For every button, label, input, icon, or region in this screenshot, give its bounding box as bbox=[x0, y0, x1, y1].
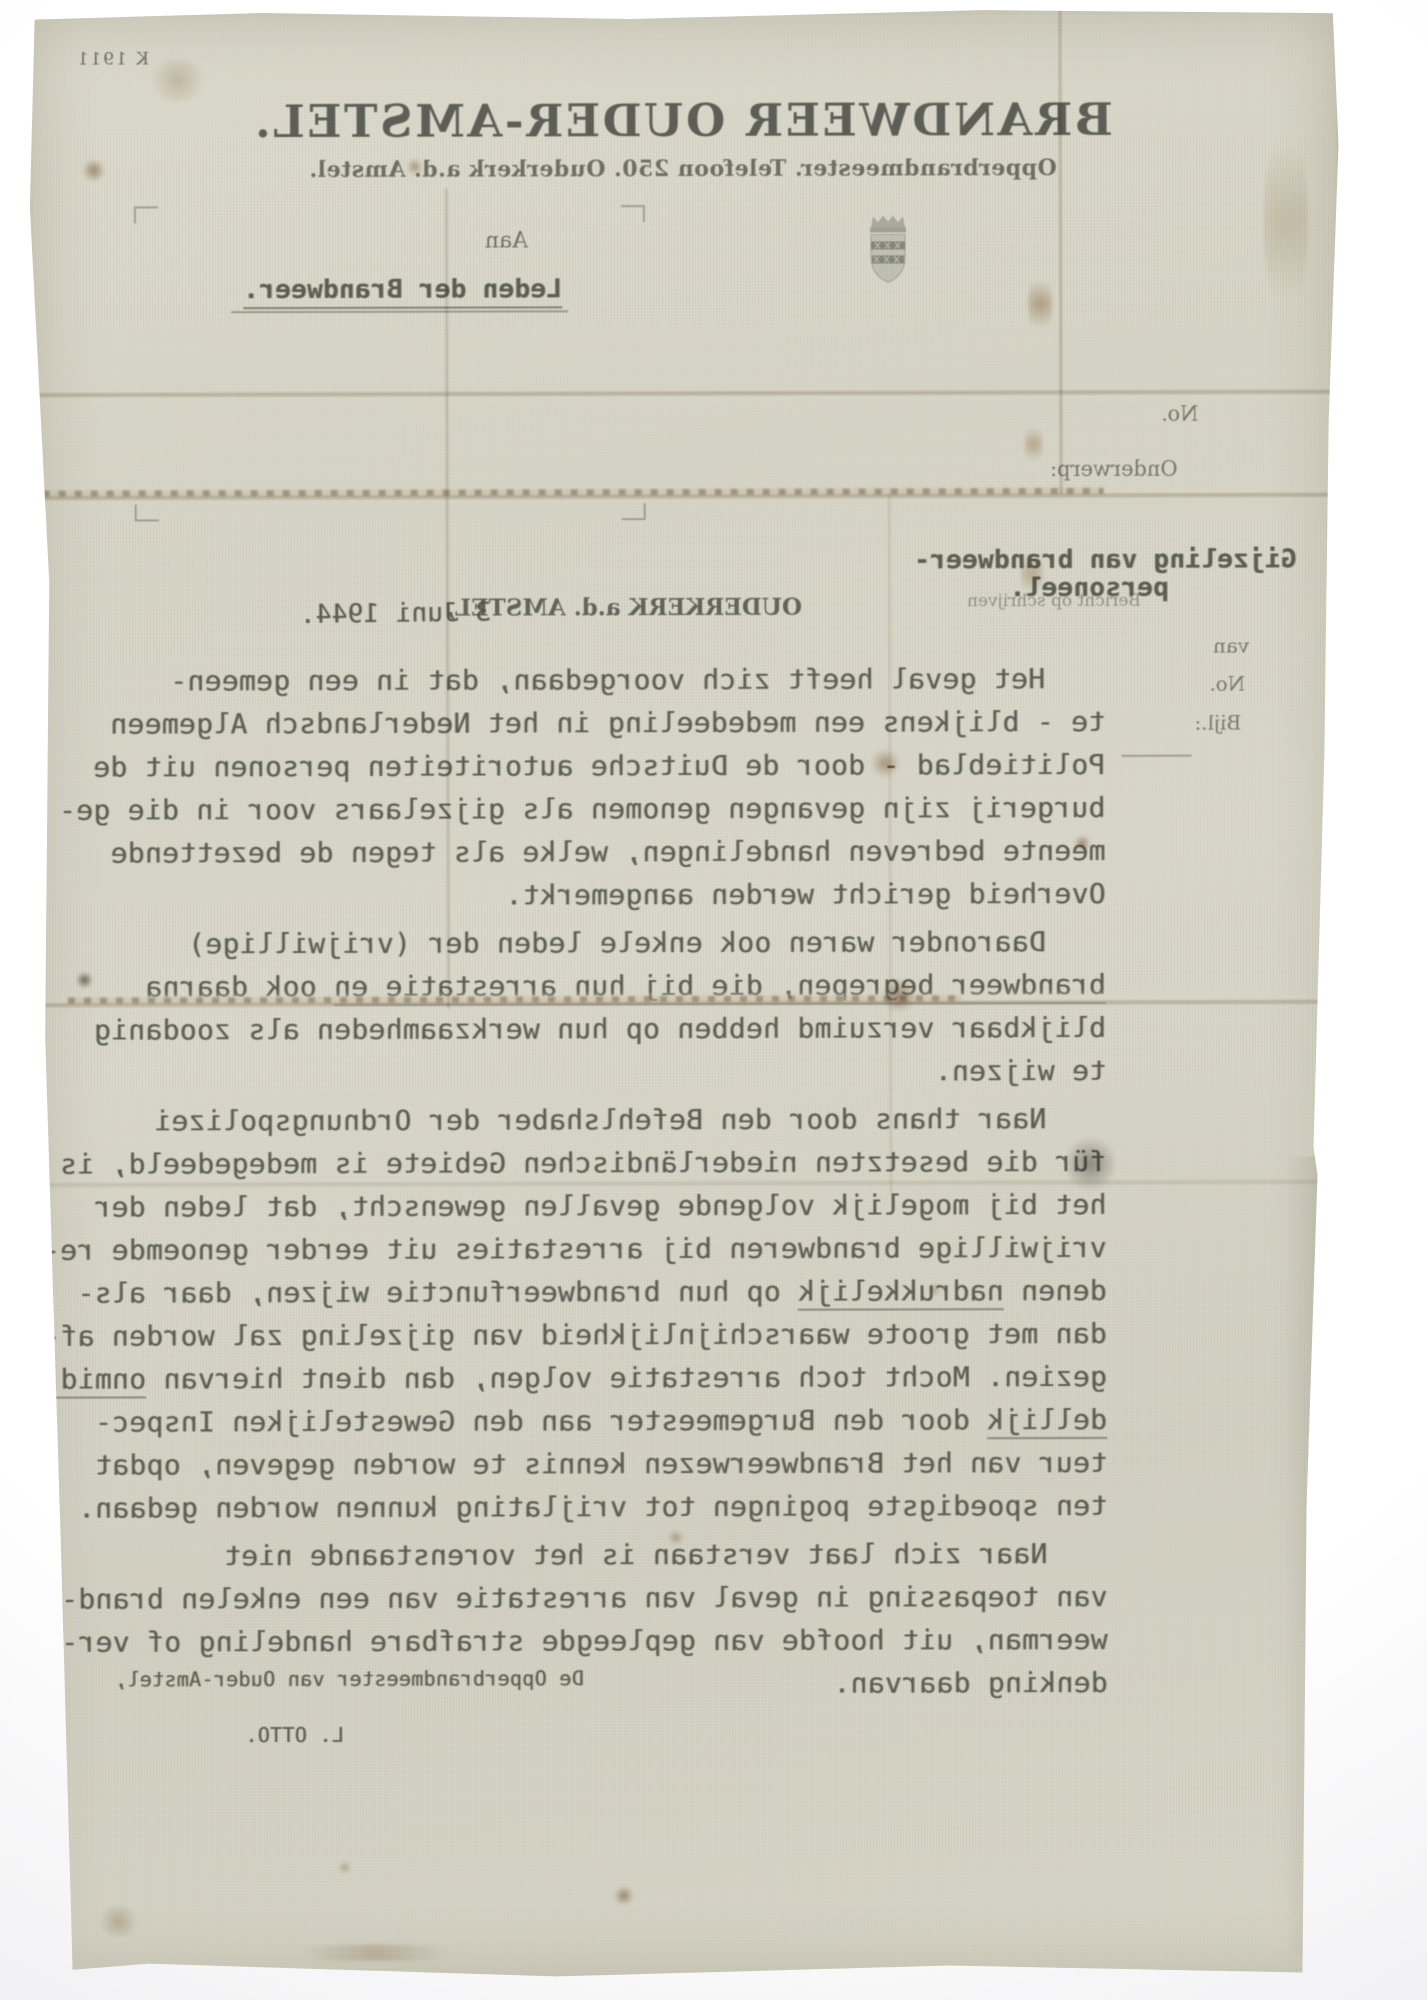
body-line: het bij mogelijk volgende gevallen gewen… bbox=[46, 1183, 1106, 1229]
body-line: te wijzen. bbox=[46, 1049, 1106, 1095]
body-line: Politieblad - door de Duitsche autoritei… bbox=[45, 743, 1105, 789]
dateline-date: 3 Juni 1944. bbox=[299, 598, 491, 631]
body-line: Overheid gericht werden aangemerkt. bbox=[46, 872, 1106, 918]
body-line: für die besetzten niederländischen Gebie… bbox=[46, 1140, 1106, 1186]
closing-sender: De Opperbrandmeester van Ouder-Amstel, bbox=[115, 1666, 584, 1691]
body-line: denen nadrukkelijk op hun brandweerfunct… bbox=[47, 1269, 1107, 1315]
body-line: blijkbaar verzuimd hebben op hun werkzaa… bbox=[46, 1006, 1106, 1052]
body-text-segment: te wijzen. bbox=[935, 1054, 1107, 1087]
print-code: K 1911 bbox=[76, 49, 149, 69]
body-line: vrijwillige brandweren bij arrestaties u… bbox=[47, 1226, 1107, 1272]
body-text-segment: Naar thans door den Befehlshaber der Ord… bbox=[154, 1102, 1046, 1137]
body-text-segment: door den Burgemeester aan den Gewestelij… bbox=[95, 1403, 987, 1438]
body-line: meente bedreven handelingen, welke als t… bbox=[46, 829, 1106, 875]
body-text-segment: Overheid gericht werden aangemerkt. bbox=[505, 877, 1106, 912]
form-label-no: No. bbox=[1161, 402, 1198, 426]
body-paragraph: Daaronder waren ook enkele leden der (vr… bbox=[46, 920, 1106, 1095]
body-text-segment: het bij mogelijk volgende gevallen gewen… bbox=[94, 1188, 1106, 1224]
body-text-segment: Politieblad - door de Duitsche autoritei… bbox=[93, 748, 1105, 784]
address-window-bracket bbox=[622, 503, 646, 520]
body-text-segment: ten spoedigste pogingen tot vrijlating k… bbox=[78, 1489, 1108, 1525]
address-label: Aan bbox=[485, 228, 528, 253]
document-paper: K 1911 BRANDWEER OUDER-AMSTEL. Opperbran… bbox=[25, 6, 1344, 1983]
body-line: ten spoedigste pogingen tot vrijlating k… bbox=[47, 1484, 1107, 1530]
subject-line-1: Gijzeling van brandweer- bbox=[914, 544, 1297, 575]
signature: L. OTTO. bbox=[245, 1723, 344, 1747]
body-line: weerman, uit hoofde van gepleegde strafb… bbox=[48, 1618, 1108, 1664]
address-window-bracket bbox=[134, 206, 158, 223]
body-text-segment: dan met groote waarschijnlijkheid van gi… bbox=[43, 1317, 1107, 1353]
underlined-text: nadrukkelijk bbox=[798, 1274, 1004, 1311]
letterhead-title: BRANDWEER OUDER-AMSTEL. bbox=[252, 93, 1112, 148]
address-window-bracket bbox=[621, 205, 645, 222]
body-line: brandweer begrepen, die bij hun arrestat… bbox=[46, 963, 1106, 1009]
body-line: Naar thans door den Befehlshaber der Ord… bbox=[46, 1097, 1106, 1143]
form-label-bijl: Bijl.: bbox=[1194, 711, 1241, 735]
form-label-no2: No. bbox=[1210, 672, 1246, 696]
body-line: Naar zich laat verstaan is het vorenstaa… bbox=[47, 1532, 1107, 1578]
recipient-line: Leden der Brandweer. bbox=[243, 274, 562, 309]
body-text-segment: Daaronder waren ook enkele leden der (vr… bbox=[188, 925, 1046, 960]
body-text-segment: denen bbox=[1004, 1274, 1107, 1307]
body-text-segment: Naar zich laat verstaan is het vorenstaa… bbox=[224, 1537, 1048, 1572]
dateline-place: OUDERKERK a.d. AMSTEL, bbox=[447, 594, 802, 622]
underlined-text: onmid- bbox=[43, 1362, 146, 1398]
body-line: Daaronder waren ook enkele leden der (vr… bbox=[46, 920, 1106, 966]
photo-background: K 1911 BRANDWEER OUDER-AMSTEL. Opperbran… bbox=[0, 0, 1427, 2000]
address-window-bracket bbox=[135, 504, 159, 521]
body-text-segment: für die besetzten niederländischen Gebie… bbox=[60, 1145, 1107, 1181]
subject-line-2: personeel. bbox=[1009, 573, 1169, 603]
letterhead-subtitle: Opperbrandmeester. Telefoon 250. Ouderke… bbox=[309, 155, 1057, 183]
body-text-segment: Het geval heeft zich voorgedaan, dat in … bbox=[170, 662, 1045, 697]
body-line: gezien. Mocht toch arrestatie volgen, da… bbox=[47, 1355, 1107, 1401]
body-text-segment: burgerij zijn gevangen genomen als gijze… bbox=[59, 791, 1106, 827]
body-line: dellijk door den Burgemeester aan den Ge… bbox=[47, 1398, 1107, 1444]
body-line: te - blijkens een mededeeling in het Ned… bbox=[45, 700, 1105, 746]
body-text-segment: op hun brandweerfunctie wijzen, daar als… bbox=[77, 1275, 798, 1310]
body-line: dan met groote waarschijnlijkheid van gi… bbox=[47, 1312, 1107, 1358]
body-text-segment: te - blijkens een mededeeling in het Ned… bbox=[110, 705, 1105, 741]
underlined-text: brandweer begrepen, die bij hun arrestat… bbox=[334, 968, 1106, 1006]
body-text-segment: meente bedreven handelingen, welke als t… bbox=[110, 834, 1105, 870]
body-text-segment: denking daarvan. bbox=[833, 1666, 1108, 1700]
body-line: burgerij zijn gevangen genomen als gijze… bbox=[45, 786, 1105, 832]
body-text-segment: van toepassing in geval van arrestatie v… bbox=[61, 1580, 1108, 1616]
underlined-text: dellijk bbox=[987, 1403, 1107, 1439]
form-label-onderwerp: Onderwerp: bbox=[1050, 457, 1178, 481]
form-label-van: van bbox=[1213, 634, 1249, 658]
body-text: Het geval heeft zich voorgedaan, dat in … bbox=[45, 657, 1108, 1712]
body-text-segment: gezien. Mocht toch arrestatie volgen, da… bbox=[146, 1360, 1107, 1396]
body-paragraph: Het geval heeft zich voorgedaan, dat in … bbox=[45, 657, 1106, 918]
body-line: Het geval heeft zich voorgedaan, dat in … bbox=[45, 657, 1105, 703]
body-line: teur van het Brandweerwezen kennis te wo… bbox=[47, 1441, 1107, 1487]
body-paragraph: Naar thans door den Befehlshaber der Ord… bbox=[46, 1097, 1107, 1530]
body-text-segment: ook daarna bbox=[145, 970, 334, 1003]
body-text-segment: weerman, uit hoofde van gepleegde strafb… bbox=[61, 1623, 1108, 1659]
body-line: van toepassing in geval van arrestatie v… bbox=[48, 1575, 1108, 1621]
body-text-segment: vrijwillige brandweren bij arrestaties u… bbox=[43, 1231, 1107, 1267]
bijl-blank-line bbox=[1121, 755, 1191, 757]
coat-of-arms-icon bbox=[863, 211, 913, 289]
body-text-segment: blijkbaar verzuimd hebben op hun werkzaa… bbox=[94, 1011, 1106, 1047]
mirrored-letter-content: K 1911 BRANDWEER OUDER-AMSTEL. Opperbran… bbox=[25, 6, 1344, 1983]
body-text-segment: teur van het Brandweerwezen kennis te wo… bbox=[95, 1446, 1107, 1482]
